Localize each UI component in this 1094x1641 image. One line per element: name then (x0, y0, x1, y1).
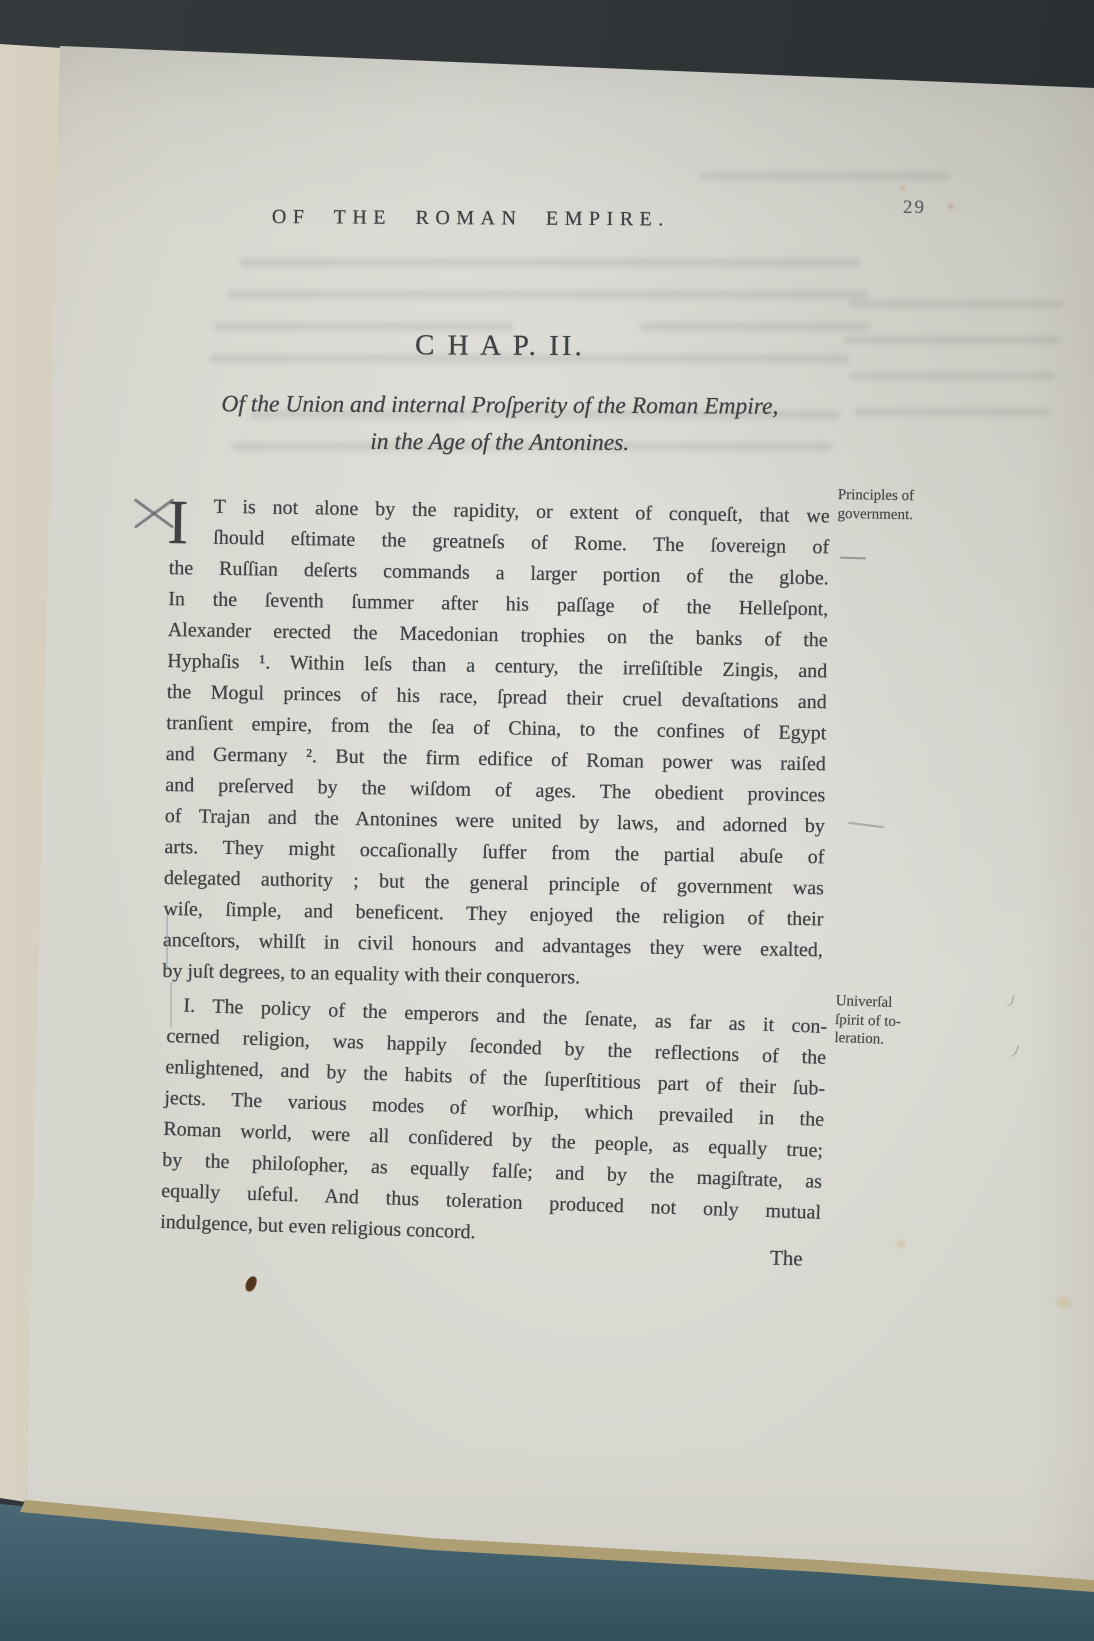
pencil-dash-mark (840, 557, 866, 560)
pencil-underline-mark (848, 822, 884, 828)
page-number: 29 (903, 197, 926, 219)
chapter-heading: C H A P. II. (170, 328, 830, 364)
margin-note-line: government. (837, 504, 949, 524)
subtitle-line: in the Age of the Antonines. (162, 423, 838, 463)
margin-note-toleration: Univerſal ſpirit of to- leration. (834, 992, 948, 1051)
pencil-margin-line (170, 982, 172, 1028)
drop-cap: I (167, 495, 189, 549)
subtitle-line: Of the Union and internal Proſperity of … (162, 386, 838, 426)
paper-stain (948, 204, 954, 209)
margin-note-principles: Principles of government. (837, 486, 950, 525)
paper-stain (1056, 1296, 1072, 1308)
paper-stain (900, 186, 905, 190)
margin-note-line: Principles of (838, 486, 950, 506)
pen-mark (1006, 1043, 1019, 1059)
ink-blot (244, 1275, 258, 1293)
paper-stain (896, 1240, 906, 1248)
catchword: The (770, 1246, 803, 1272)
margin-note-line: leration. (834, 1029, 947, 1051)
paragraph-1: I T is not alone by the rapidity, or ext… (162, 491, 830, 997)
pen-mark (1003, 993, 1014, 1008)
pencil-margin-line (166, 916, 168, 970)
running-head: OF THE ROMAN EMPIRE. (272, 206, 670, 231)
chapter-subtitle: Of the Union and internal Proſperity of … (162, 386, 838, 463)
paragraph-2: I. The policy of the emperors and the ſe… (160, 990, 828, 1260)
